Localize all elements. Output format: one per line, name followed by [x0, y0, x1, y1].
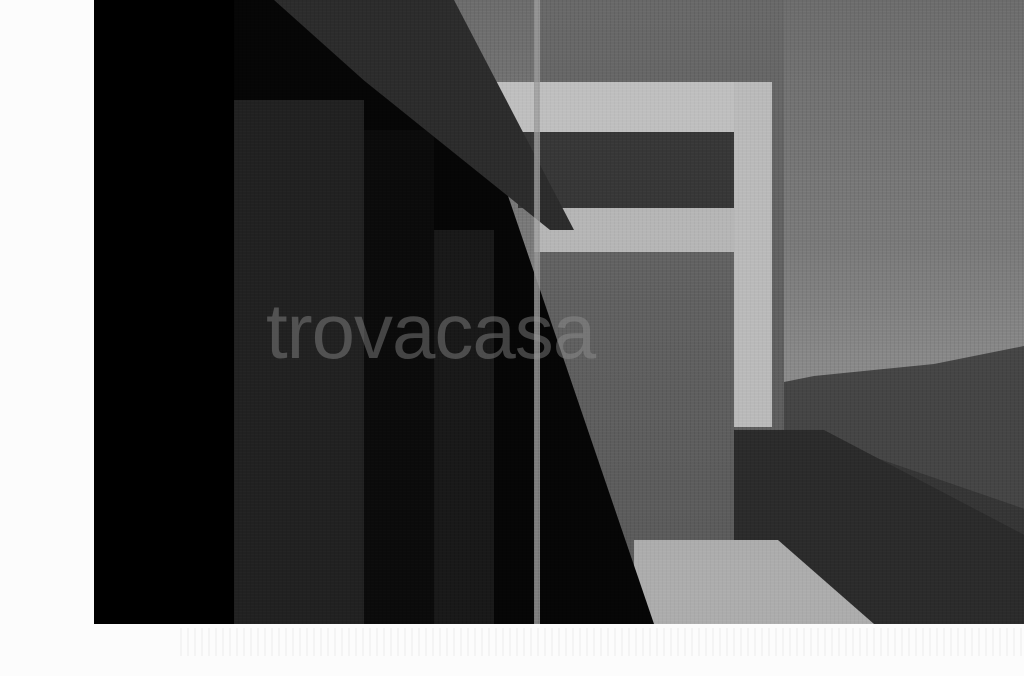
scan-artifact	[180, 628, 1024, 656]
watermark-text: trovacasa	[266, 292, 595, 370]
